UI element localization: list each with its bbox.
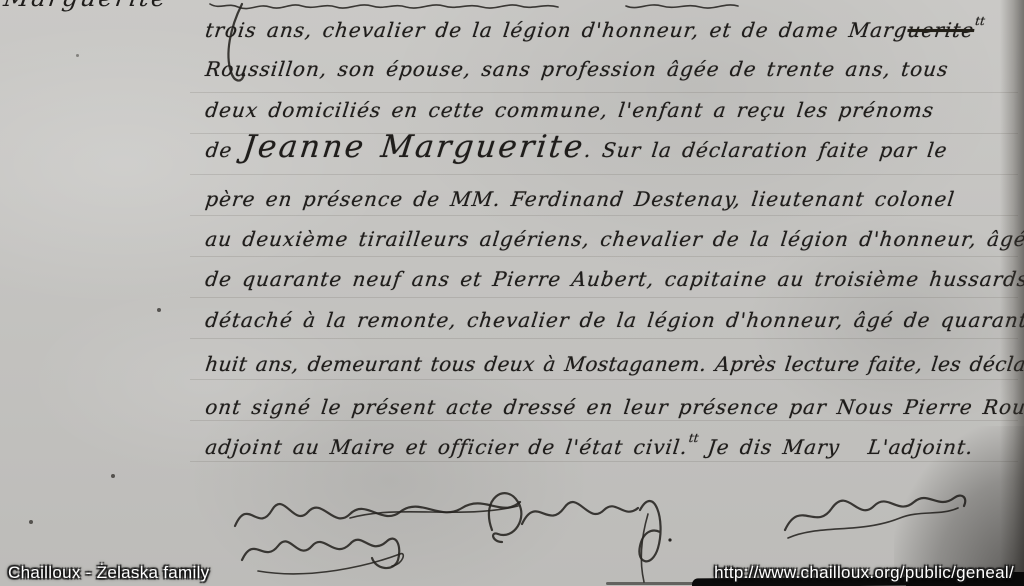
line-text: . Sur la déclaration faite par le — [583, 138, 949, 162]
record-line-10: ont signé le présent acte dressé en leur… — [204, 395, 1024, 419]
record-line-8: détaché à la remonte, chevalier de la lé… — [204, 308, 1024, 332]
signature-3-tail — [639, 501, 660, 561]
record-line-6: au deuxième tirailleurs algériens, cheva… — [204, 227, 1024, 251]
ink-speck — [157, 308, 161, 312]
record-line-1: trois ans, chevalier de la légion d'honn… — [204, 18, 985, 42]
line-text: trois ans, chevalier de la légion d'honn… — [204, 18, 909, 42]
record-line-3: deux domiciliés en cette commune, l'enfa… — [204, 98, 936, 122]
line-text: de — [204, 138, 234, 162]
record-line-11: adjoint au Maire et officier de l'état c… — [204, 435, 975, 459]
document-scan: Marguerite trois ans, chevalier de la lé… — [0, 0, 1024, 586]
ink-speck — [29, 520, 33, 524]
struck-word: uerite — [906, 18, 975, 42]
cutoff-strokes-2 — [626, 5, 738, 8]
record-line-5: père en présence de MM. Ferdinand Desten… — [204, 187, 956, 211]
signature-2-paraph — [258, 554, 403, 574]
margin-note-text: Marguerite — [2, 0, 170, 12]
record-line-4: de Jeanne Marguerite. Sur la déclaration… — [204, 129, 950, 165]
cutoff-strokes — [210, 4, 558, 9]
site-url: http://www.chailloux.org/public/geneal/ — [714, 563, 1014, 583]
signature-3-dot — [668, 538, 671, 541]
renvoi-mark: tt — [688, 431, 699, 445]
line-text: adjoint au Maire et officier de l'état c… — [204, 435, 689, 459]
signature-1 — [235, 502, 520, 526]
record-line-7: de quarante neuf ans et Pierre Aubert, c… — [204, 267, 1024, 291]
renvoi-mark: tt — [974, 14, 985, 28]
record-line-9: huit ans, demeurant tous deux à Mostagan… — [204, 352, 1024, 376]
ink-speck — [111, 474, 115, 478]
margin-note: Marguerite — [0, 0, 192, 15]
signature-3b — [522, 502, 638, 524]
signature-2 — [242, 539, 399, 568]
child-name: Jeanne Marguerite — [241, 129, 587, 165]
cutoff-text-line — [206, 0, 766, 12]
closing-text: adjoint au Maire et officier de l'état c… — [204, 435, 842, 459]
site-caption: Chailloux - Żelaska family — [8, 563, 209, 583]
signature-3 — [489, 493, 521, 542]
ink-speck — [76, 54, 79, 57]
stray-pen-stroke — [641, 514, 648, 582]
corner-shadow — [894, 426, 1024, 586]
bottom-edge-smudge — [606, 582, 706, 585]
record-line-2: Roussillon, son épouse, sans profession … — [204, 57, 950, 81]
correction-note: Je dis Mary — [706, 435, 841, 459]
